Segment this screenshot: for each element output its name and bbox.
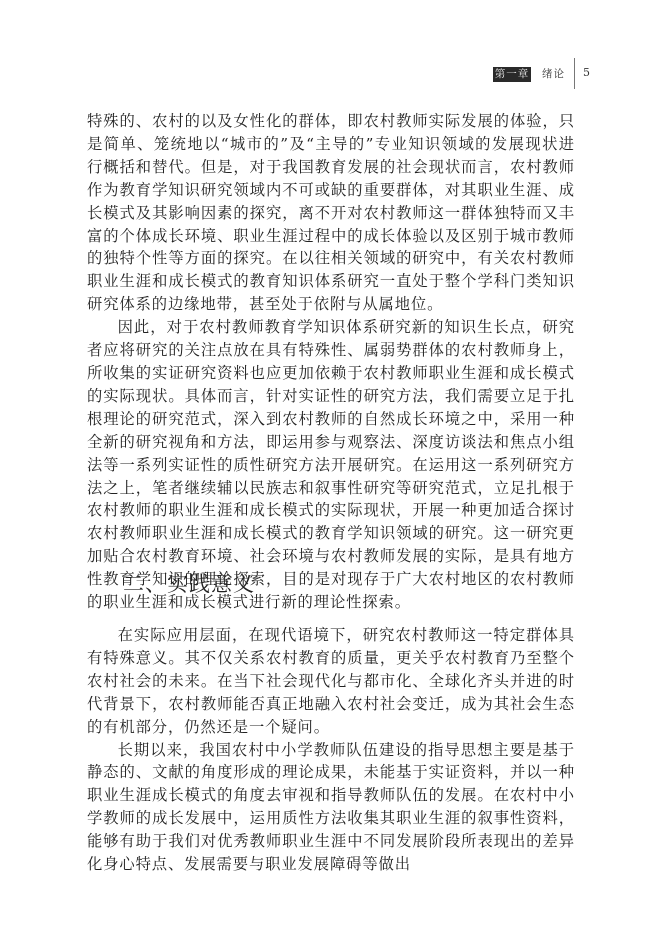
paragraph: 因此，对于农村教师教育学知识体系研究新的知识生长点，研究者应将研究的关注点放在具… (87, 316, 575, 614)
section-heading: 二、实践意义 (123, 571, 255, 597)
body-text-block-1: 特殊的、农村的以及女性化的群体，即农村教师实际发展的体验，只是简单、笼统地以“城… (87, 110, 575, 614)
page-number: 5 (583, 65, 590, 80)
chapter-title: 绪论 (542, 67, 565, 82)
paragraph-continued: 特殊的、农村的以及女性化的群体，即农村教师实际发展的体验，只是简单、笼统地以“城… (87, 110, 575, 316)
paragraph: 在实际应用层面，在现代语境下，研究农村教师这一特定群体具有特殊意义。其不仅关系农… (87, 624, 575, 739)
body-text-block-2: 在实际应用层面，在现代语境下，研究农村教师这一特定群体具有特殊意义。其不仅关系农… (87, 624, 575, 876)
running-head: 第一章 绪论 5 (0, 56, 661, 90)
chapter-label-badge: 第一章 (493, 67, 531, 82)
header-divider (574, 58, 575, 89)
paragraph: 长期以来，我国农村中小学教师队伍建设的指导思想主要是基于静态的、文献的角度形成的… (87, 739, 575, 876)
